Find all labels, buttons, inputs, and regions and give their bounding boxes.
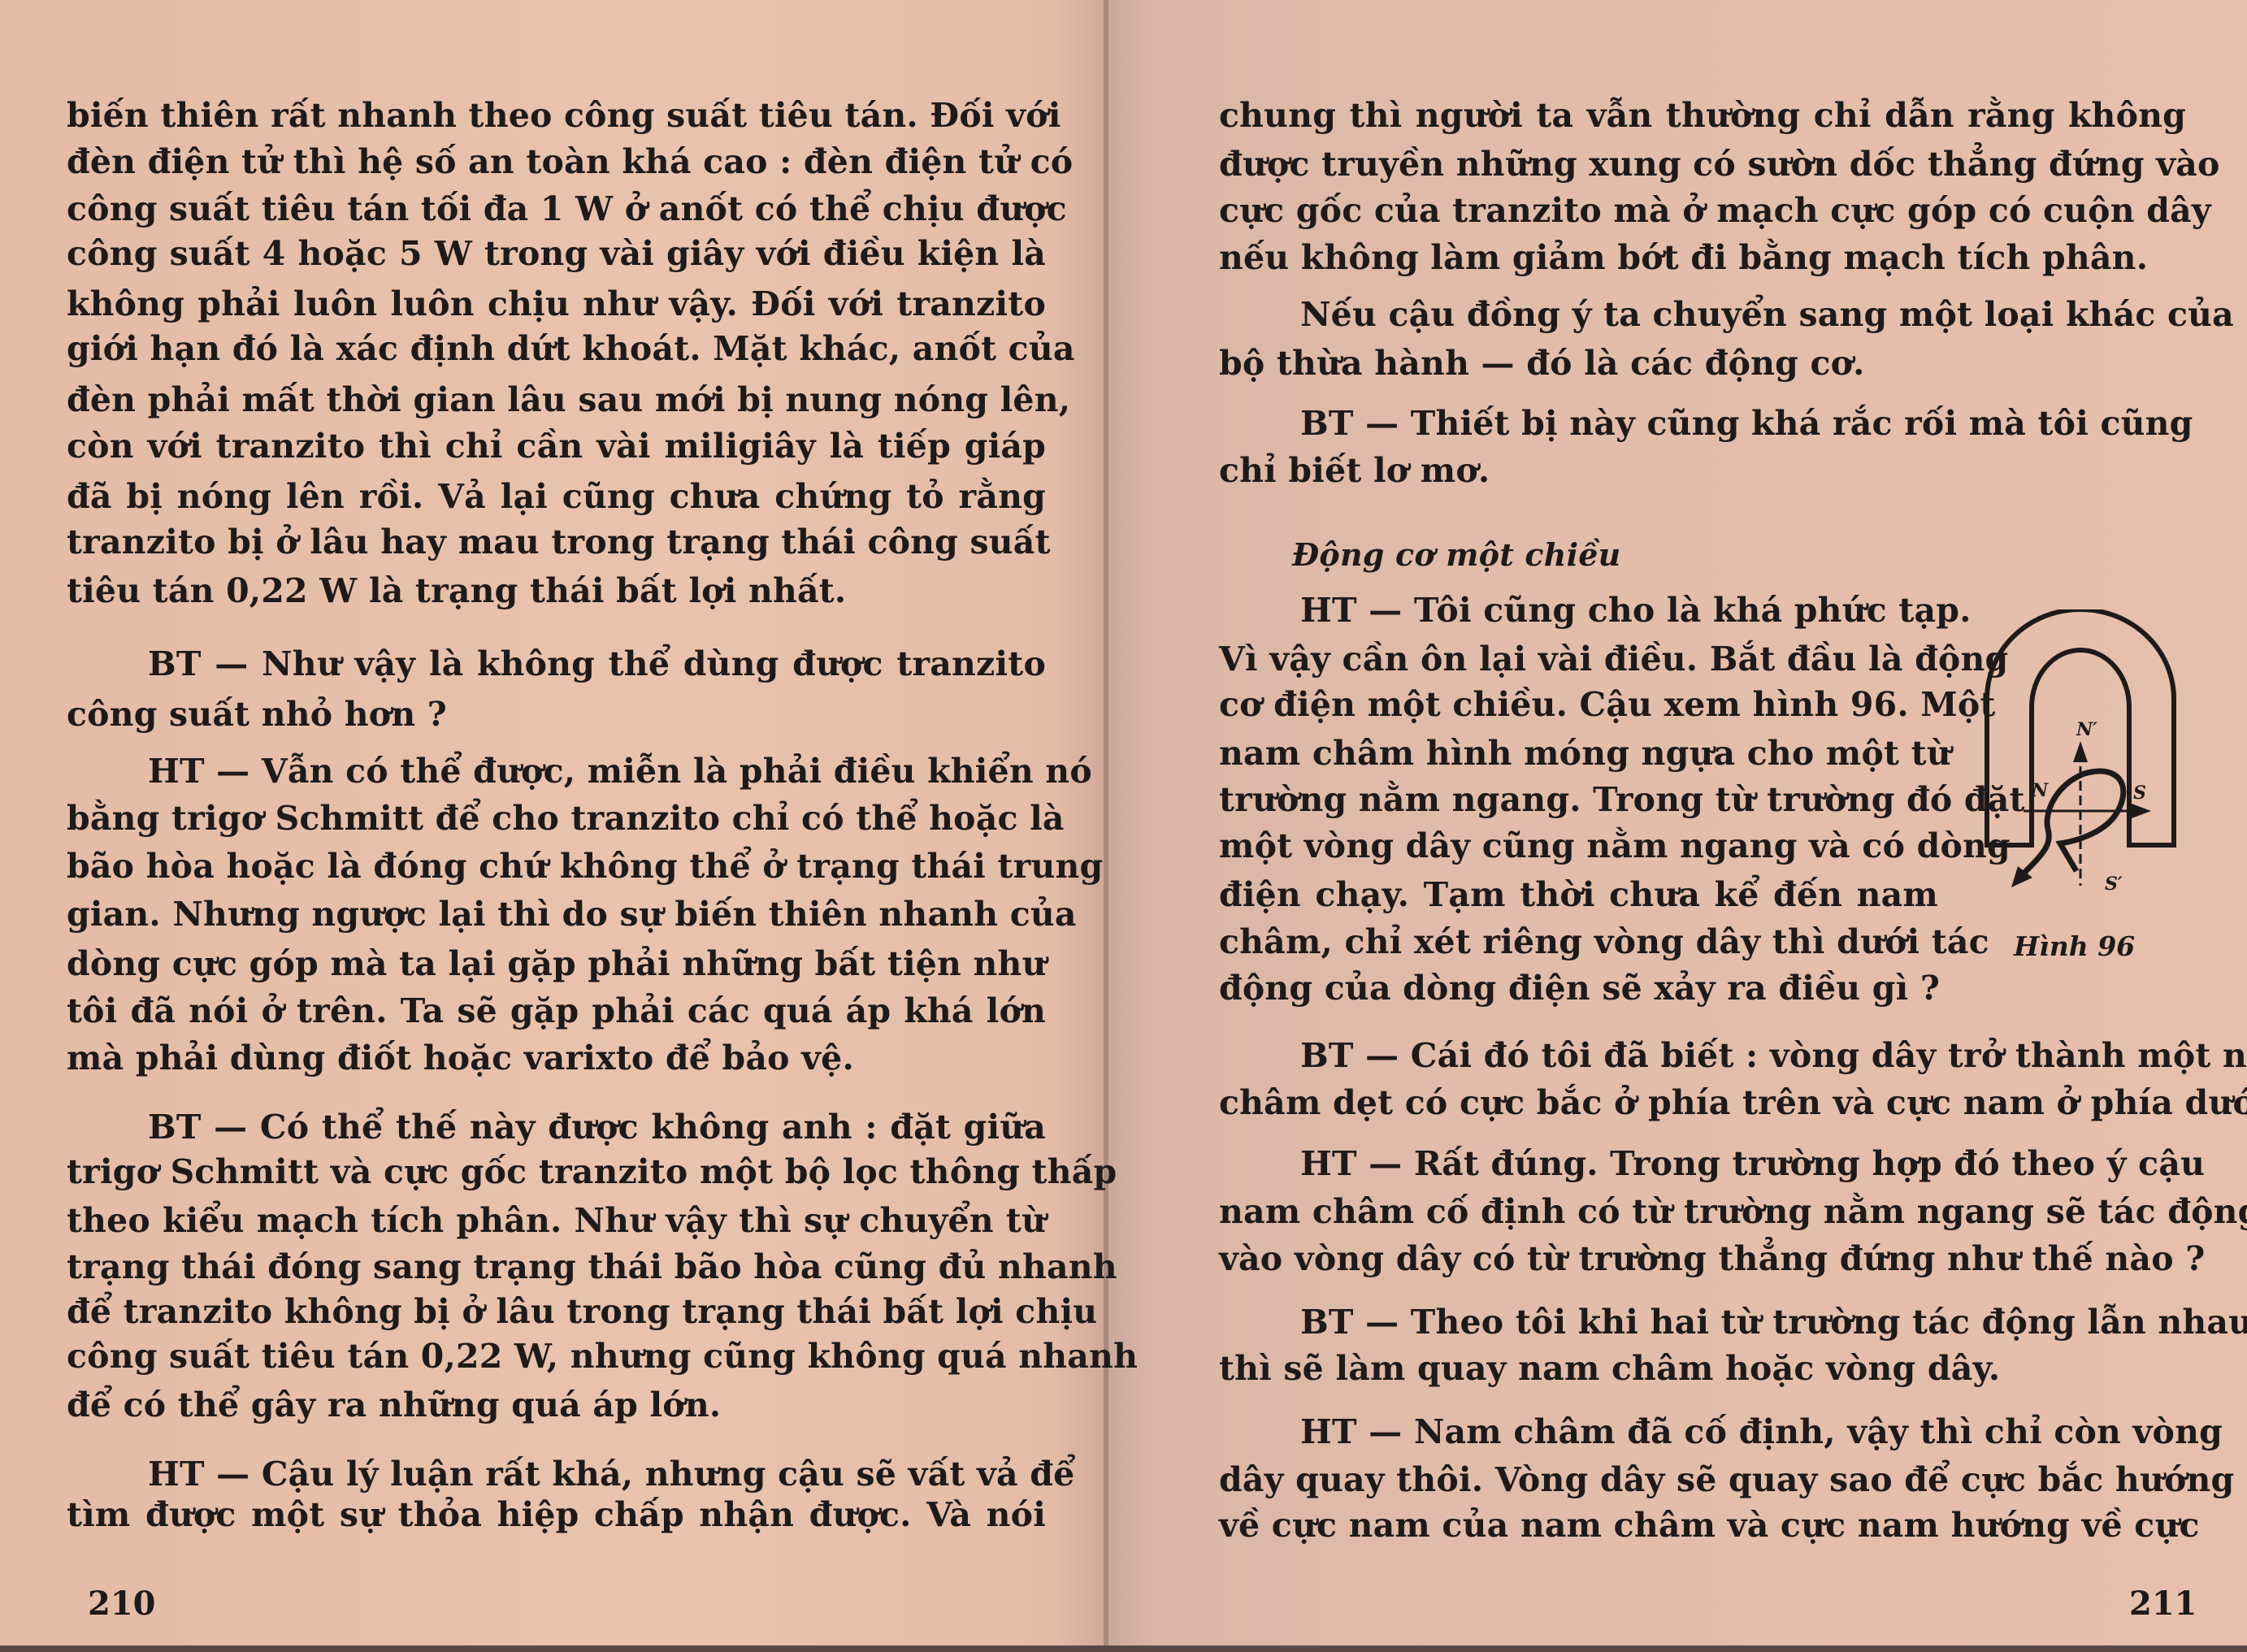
dialogue-line: HT — Rất đúng. Trong trường hợp đó theo … (1219, 1144, 2186, 1183)
dialogue-line: vào vòng dây có từ trường thẳng đứng như… (1219, 1239, 2186, 1278)
speaker-label: HT (148, 1455, 205, 1494)
dialogue-line: BT — Có thể thế này được không anh : đặt… (67, 1108, 1046, 1147)
text-line: đèn phải mất thời gian lâu sau mới bị nu… (67, 380, 1046, 419)
dialogue-line: công suất tiêu tán 0,22 W, nhưng cũng kh… (67, 1337, 1046, 1376)
text-line: tranzito bị ở lâu hay mau trong trạng th… (67, 522, 1046, 562)
dialogue-line: theo kiểu mạch tích phân. Như vậy thì sự… (67, 1201, 1046, 1240)
dialogue-text: — Nam châm đã cố định, vậy thì chỉ còn v… (1369, 1412, 2223, 1451)
text-line: giới hạn đó là xác định dứt khoát. Mặt k… (67, 329, 1046, 368)
dialogue-line: Vì vậy cần ôn lại vài điều. Bắt đầu là đ… (1219, 640, 1938, 679)
speaker-label: BT (1300, 404, 1354, 443)
speaker-label: HT (1300, 1412, 1357, 1451)
label-n: N (2031, 780, 2049, 801)
text-line: chung thì người ta vẫn thường chỉ dẫn rằ… (1219, 96, 2186, 135)
label-s: S (2133, 783, 2146, 804)
dialogue-line: HT — Vẫn có thể được, miễn là phải điều … (67, 752, 1046, 791)
dialogue-text: — Có thể thế này được không anh : đặt gi… (214, 1108, 1046, 1147)
dialogue-line: trường nằm ngang. Trong từ trường đó đặt (1219, 780, 1938, 819)
dialogue-text: — Cái đó tôi đã biết : vòng dây trở thàn… (1365, 1036, 2247, 1075)
dialogue-text: — Rất đúng. Trong trường hợp đó theo ý c… (1369, 1144, 2205, 1183)
dialogue-line: BT — Theo tôi khi hai từ trường tác động… (1219, 1303, 2186, 1342)
speaker-label: HT (148, 752, 205, 791)
label-n-prime: N′ (2076, 719, 2097, 740)
dialogue-line: thì sẽ làm quay nam châm hoặc vòng dây. (1219, 1349, 2186, 1388)
text-line: không phải luôn luôn chịu như vậy. Đối v… (67, 284, 1046, 323)
dialogue-line: bằng trigơ Schmitt để cho tranzito chỉ c… (67, 799, 1046, 838)
dialogue-text: — Thiết bị này cũng khá rắc rối mà tôi c… (1365, 404, 2193, 443)
horseshoe-magnet-figure: N′ N S S′ (1971, 609, 2190, 906)
text-line: đèn điện tử thì hệ số an toàn khá cao : … (67, 142, 1046, 181)
dialogue-line: một vòng dây cũng nằm ngang và có dòng (1219, 826, 1938, 865)
page-number: 211 (2129, 1585, 2197, 1623)
text-line: đã bị nóng lên rồi. Vả lại cũng chưa chứ… (67, 477, 1046, 516)
text-line: được truyền những xung có sườn dốc thẳng… (1219, 145, 2186, 184)
dialogue-text: — Như vậy là không thể dùng được tranzit… (215, 644, 1046, 683)
text-line: nếu không làm giảm bớt đi bằng mạch tích… (1219, 238, 2186, 277)
dialogue-line: dây quay thôi. Vòng dây sẽ quay sao để c… (1219, 1460, 2186, 1499)
dialogue-line: tôi đã nói ở trên. Ta sẽ gặp phải các qu… (67, 991, 1046, 1030)
dialogue-line: châm dẹt có cực bắc ở phía trên và cực n… (1219, 1083, 2186, 1122)
dialogue-text: — Cậu lý luận rất khá, nhưng cậu sẽ vất … (216, 1455, 1074, 1494)
text-line: Nếu cậu đồng ý ta chuyển sang một loại k… (1219, 295, 2186, 334)
book-gutter (1104, 0, 1108, 1652)
dialogue-line: HT — Nam châm đã cố định, vậy thì chỉ cò… (1219, 1412, 2186, 1451)
text-line: bộ thừa hành — đó là các động cơ. (1219, 344, 2186, 383)
text-line: còn với tranzito thì chỉ cần vài miligiâ… (67, 427, 1046, 466)
scan-bottom-edge (0, 1645, 2247, 1652)
dialogue-line: BT — Cái đó tôi đã biết : vòng dây trở t… (1219, 1036, 2186, 1075)
dialogue-line: gian. Nhưng ngược lại thì do sự biến thi… (67, 895, 1046, 934)
dialogue-line: cơ điện một chiều. Cậu xem hình 96. Một (1219, 685, 1938, 724)
text-line: công suất 4 hoặc 5 W trong vài giây với … (67, 234, 1046, 273)
dialogue-line: nam châm hình móng ngựa cho một từ (1219, 734, 1938, 773)
dialogue-line: dòng cực góp mà ta lại gặp phải những bấ… (67, 944, 1046, 983)
dialogue-line: tìm được một sự thỏa hiệp chấp nhận được… (67, 1495, 1046, 1534)
dialogue-line: châm, chỉ xét riêng vòng dây thì dưới tá… (1219, 922, 1938, 961)
section-heading: Động cơ một chiều (1292, 536, 1620, 573)
dialogue-line: BT — Như vậy là không thể dùng được tran… (67, 644, 1046, 683)
speaker-label: BT (1300, 1036, 1354, 1075)
page-number: 210 (88, 1585, 156, 1623)
dialogue-line: HT — Cậu lý luận rất khá, nhưng cậu sẽ v… (67, 1455, 1046, 1494)
text-line: tiêu tán 0,22 W là trạng thái bất lợi nh… (67, 571, 1046, 610)
dialogue-line: điện chạy. Tạm thời chưa kể đến nam (1219, 875, 1938, 914)
dialogue-line: bão hòa hoặc là đóng chứ không thể ở trạ… (67, 847, 1046, 886)
figure-caption: Hình 96 (2014, 930, 2135, 962)
text-line: cực gốc của tranzito mà ở mạch cực góp c… (1219, 191, 2186, 230)
speaker-label: HT (1300, 591, 1357, 630)
dialogue-line: về cực nam của nam châm và cực nam hướng… (1219, 1506, 2186, 1545)
dialogue-text: — Theo tôi khi hai từ trường tác động lẫ… (1365, 1303, 2247, 1342)
speaker-label: BT (148, 1108, 202, 1147)
dialogue-line: trigơ Schmitt và cực gốc tranzito một bộ… (67, 1152, 1046, 1191)
dialogue-line: động của dòng điện sẽ xảy ra điều gì ? (1219, 969, 2186, 1008)
speaker-label: BT (1300, 1303, 1354, 1342)
text-line: công suất tiêu tán tối đa 1 W ở anốt có … (67, 189, 1046, 228)
speaker-label: HT (1300, 1144, 1357, 1183)
dialogue-line: chỉ biết lơ mơ. (1219, 451, 2186, 490)
text-line: biến thiên rất nhanh theo công suất tiêu… (67, 96, 1046, 135)
dialogue-line: trạng thái đóng sang trạng thái bão hòa … (67, 1247, 1046, 1286)
dialogue-line: mà phải dùng điốt hoặc varixto để bảo vệ… (67, 1038, 1046, 1077)
dialogue-line: để tranzito không bị ở lâu trong trạng t… (67, 1292, 1046, 1331)
dialogue-text: — Tôi cũng cho là khá phức tạp. (1369, 591, 1971, 630)
dialogue-line: BT — Thiết bị này cũng khá rắc rối mà tô… (1219, 404, 2186, 443)
dialogue-line: HT — Tôi cũng cho là khá phức tạp. (1219, 591, 1938, 630)
dialogue-line: công suất nhỏ hơn ? (67, 695, 1046, 734)
dialogue-line: để có thể gây ra những quá áp lớn. (67, 1385, 1046, 1424)
label-s-prime: S′ (2105, 874, 2123, 895)
speaker-label: BT (148, 644, 202, 683)
dialogue-line: nam châm cố định có từ trường nằm ngang … (1219, 1192, 2186, 1231)
dialogue-text: — Vẫn có thể được, miễn là phải điều khi… (216, 752, 1092, 791)
